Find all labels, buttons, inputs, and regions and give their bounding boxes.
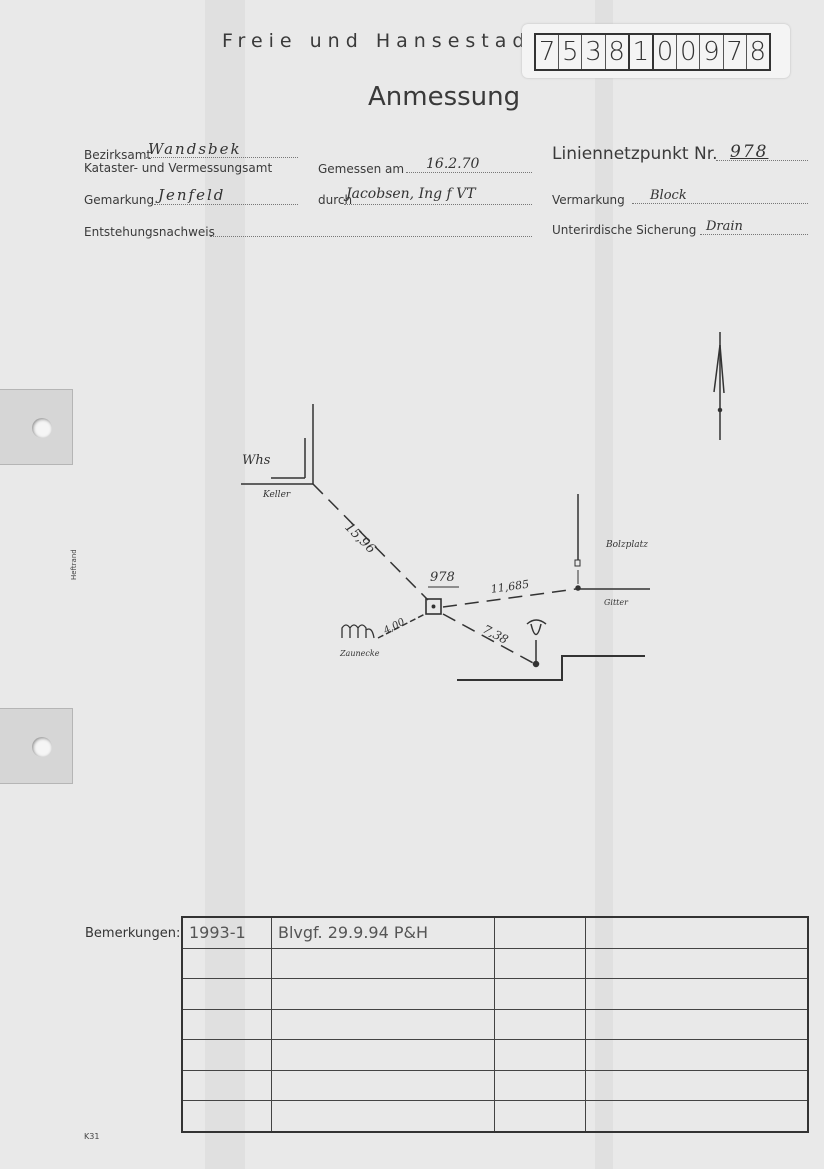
table-row [182, 1009, 808, 1040]
sketch-label-corner: Zaunecke [340, 649, 379, 658]
building-corner-icon [241, 404, 313, 484]
table-cell: Blvgf. 29.9.94 P&H [272, 917, 495, 948]
sketch-point-label: 978 [430, 570, 455, 585]
table-row [182, 1101, 808, 1132]
sketch-label-fence: Gitter [604, 598, 628, 607]
remarks-label: Bemerkungen: [85, 926, 180, 941]
table-cell [182, 1070, 272, 1101]
table-cell [586, 979, 809, 1010]
table-row [182, 948, 808, 979]
table-cell [586, 1070, 809, 1101]
table-cell [182, 948, 272, 979]
binding-margin-label: Heftrand [70, 549, 78, 580]
form-code: K31 [84, 1132, 99, 1141]
remarks-table: 1993-1Blvgf. 29.9.94 P&H [181, 916, 809, 1133]
table-cell [272, 1070, 495, 1101]
sketch-label-basement: Keller [263, 490, 290, 500]
table-cell [272, 1040, 495, 1071]
sketch-label-bolzplatz: Bolzplatz [606, 540, 648, 550]
lamp-icon [527, 620, 546, 667]
sketch-label-building: Whs [242, 453, 270, 468]
table-cell [272, 979, 495, 1010]
table-row [182, 1040, 808, 1071]
table-cell [272, 1101, 495, 1132]
table-row [182, 979, 808, 1010]
table-cell [495, 948, 586, 979]
table-cell [495, 979, 586, 1010]
table-row [182, 1070, 808, 1101]
table-cell [182, 1101, 272, 1132]
table-cell [586, 948, 809, 979]
table-cell [586, 1101, 809, 1132]
table-cell [495, 1101, 586, 1132]
table-cell [182, 979, 272, 1010]
table-cell [586, 1009, 809, 1040]
table-cell [182, 1040, 272, 1071]
table-cell [495, 1070, 586, 1101]
table-cell: 1993-1 [182, 917, 272, 948]
table-cell [495, 917, 586, 948]
table-cell [495, 1009, 586, 1040]
table-cell [586, 917, 809, 948]
table-cell [495, 1040, 586, 1071]
table-cell [272, 948, 495, 979]
north-arrow-icon [714, 332, 724, 440]
table-cell [182, 1009, 272, 1040]
table-cell [272, 1009, 495, 1040]
table-row: 1993-1Blvgf. 29.9.94 P&H [182, 917, 808, 948]
table-cell [586, 1040, 809, 1071]
